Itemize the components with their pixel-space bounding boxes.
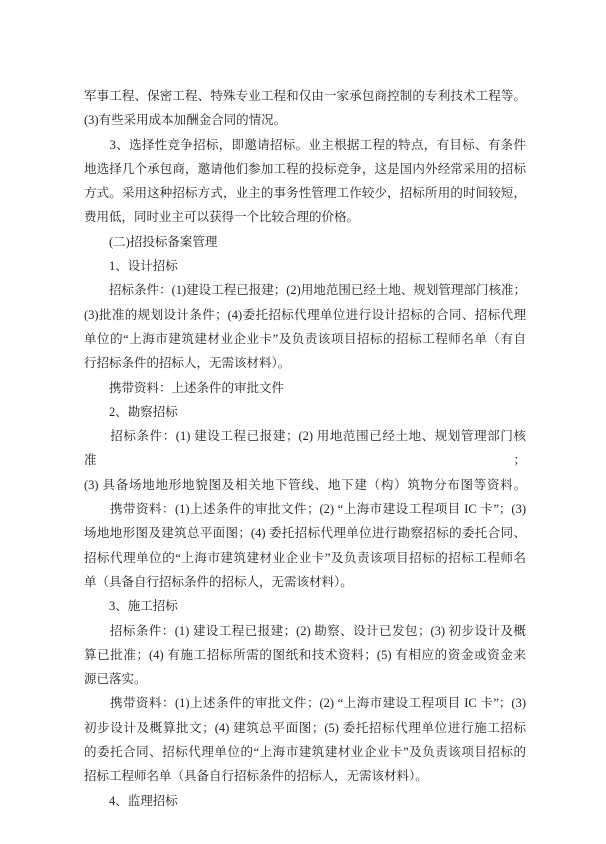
text-line: 2、勘察招标	[84, 400, 526, 424]
text-line: 招标条件：(1) 建设工程已报建；(2) 勘察、设计已发包；(3) 初步设计及概	[84, 619, 526, 643]
text-line: 单位的“上海市建筑建材业企业卡”及负责该项目招标的招标工程师名单（有自	[84, 327, 526, 351]
text-line: 携带资料：(1)上述条件的审批文件；(2) “上海市建设工程项目 IC 卡”；(…	[84, 497, 526, 521]
text-line: 单（具备自行招标条件的招标人，无需该材料）。	[84, 570, 526, 594]
text-line: (3)批准的规划设计条件；(4)委托招标代理单位进行设计招标的合同、招标代理	[84, 303, 526, 327]
document-page: 军事工程、保密工程、特殊专业工程和仅由一家承包商控制的专利技术工程等。(3)有些…	[0, 0, 606, 844]
text-line: 方式。采用这种招标方式，业主的事务性管理工作较少，招标所用的时间较短，	[84, 181, 526, 205]
text-line: 招标代理单位的“上海市建筑建材业企业卡”及负责该项目招标的招标工程师名	[84, 546, 526, 570]
text-line: 1、设计招标	[84, 254, 526, 278]
text-line: 携带资料：(1)上述条件的审批文件；(2) “上海市建设工程项目 IC 卡”；(…	[84, 691, 526, 715]
text-line: 初步设计及概算批文；(4) 建筑总平面图；(5) 委托招标代理单位进行施工招标	[84, 716, 526, 740]
text-line: 的委托合同、招标代理单位的“上海市建筑建材业企业卡”及负责该项目招标的	[84, 740, 526, 764]
text-line: (3) 具备场地地形地貌图及相关地下管线、地下建（构）筑物分布图等资料。	[84, 473, 526, 497]
text-line: 招标条件：(1) 建设工程已报建；(2) 用地范围已经土地、规划管理部门核准；	[84, 424, 526, 473]
text-line: 招标工程师名单（具备自行招标条件的招标人，无需该材料）。	[84, 764, 526, 788]
text-line: 地选择几个承包商，邀请他们参加工程的投标竞争，这是国内外经常采用的招标	[84, 157, 526, 181]
text-line: 3、选择性竞争招标，即邀请招标。业主根据工程的特点，有目标、有条件	[84, 133, 526, 157]
text-line: (3)有些采用成本加酬金合同的情况。	[84, 108, 526, 132]
text-line: 源已落实。	[84, 667, 526, 691]
page-text: 军事工程、保密工程、特殊专业工程和仅由一家承包商控制的专利技术工程等。(3)有些…	[84, 84, 526, 813]
text-line: 3、施工招标	[84, 594, 526, 618]
text-line: 行招标条件的招标人，无需该材料）。	[84, 351, 526, 375]
text-line: 费用低，同时业主可以获得一个比较合理的价格。	[84, 205, 526, 229]
text-line: (二)招投标备案管理	[84, 230, 526, 254]
text-line: 4、监理招标	[84, 789, 526, 813]
text-line: 场地地形图及建筑总平面图；(4) 委托招标代理单位进行勘察招标的委托合同、	[84, 521, 526, 545]
text-line: 招标条件：(1)建设工程已报建；(2)用地范围已经土地、规划管理部门核准；	[84, 278, 526, 302]
text-line: 携带资料：上述条件的审批文件	[84, 376, 526, 400]
text-line: 算已批准；(4) 有施工招标所需的图纸和技术资料；(5) 有相应的资金或资金来	[84, 643, 526, 667]
text-line: 军事工程、保密工程、特殊专业工程和仅由一家承包商控制的专利技术工程等。	[84, 84, 526, 108]
